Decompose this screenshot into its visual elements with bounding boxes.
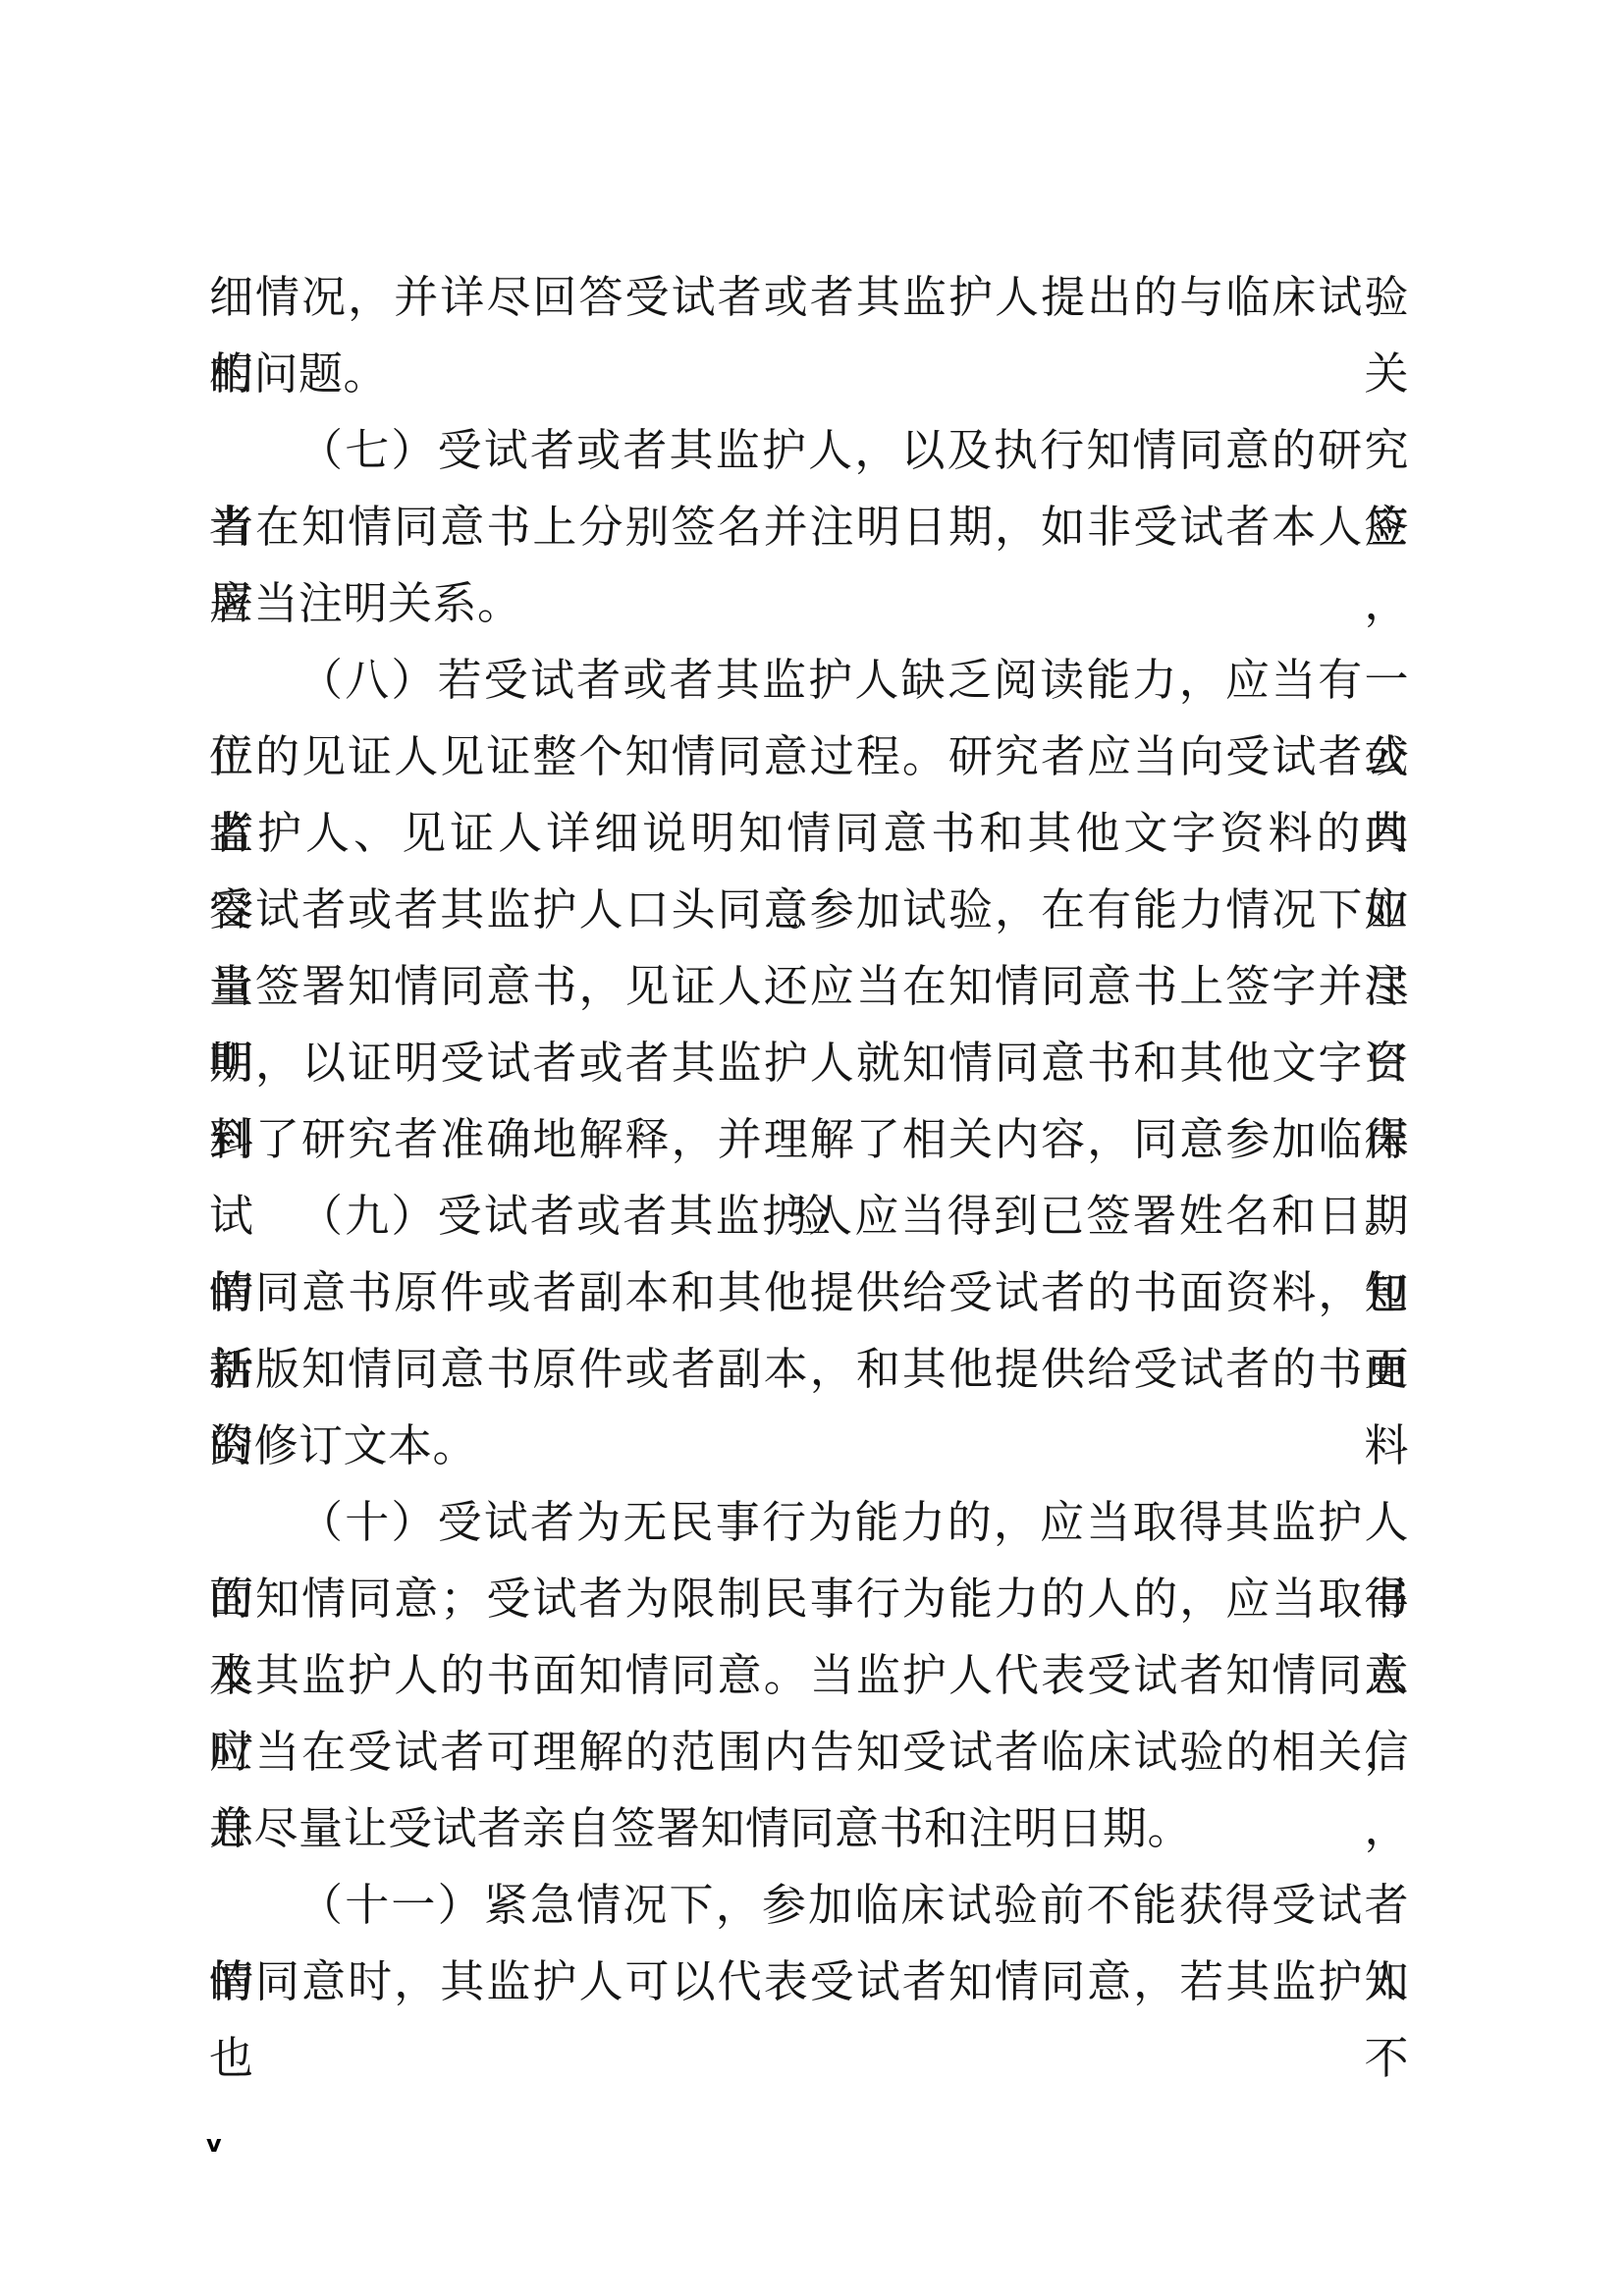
text-line-23: 情同意时，其监护人可以代表受试者知情同意，若其监护人也不 — [209, 1944, 1409, 2020]
text-line-17: （十）受试者为无民事行为能力的，应当取得其监护人的书 — [209, 1484, 1409, 1561]
text-line-12: 到了研究者准确地解释，并理解了相关内容，同意参加临床试验。 — [209, 1101, 1409, 1178]
text-line-11: 期，以证明受试者或者其监护人就知情同意书和其他文字资料得 — [209, 1025, 1409, 1101]
text-line-07: 正的见证人见证整个知情同意过程。研究者应当向受试者或者其 — [209, 719, 1409, 795]
text-line-18: 面知情同意；受试者为限制民事行为能力的人的，应当取得本人 — [209, 1561, 1409, 1637]
text-line-06: （八）若受试者或者其监护人缺乏阅读能力，应当有一位公 — [209, 642, 1409, 719]
document-page: 细情况，并详尽回答受试者或者其监护人提出的与临床试验相关 的问题。 （七）受试者… — [0, 0, 1624, 2296]
text-line-01: 细情况，并详尽回答受试者或者其监护人提出的与临床试验相关 — [209, 259, 1409, 336]
text-line-03: （七）受试者或者其监护人，以及执行知情同意的研究者应 — [209, 412, 1409, 489]
text-line-13: （九）受试者或者其监护人应当得到已签署姓名和日期的知 — [209, 1178, 1409, 1255]
text-line-19: 及其监护人的书面知情同意。当监护人代表受试者知情同意时， — [209, 1637, 1409, 1714]
text-line-09: 受试者或者其监护人口头同意参加试验，在有能力情况下应当尽 — [209, 872, 1409, 948]
text-line-15: 新版知情同意书原件或者副本，和其他提供给受试者的书面资料 — [209, 1331, 1409, 1408]
text-line-10: 量签署知情同意书，见证人还应当在知情同意书上签字并注明日 — [209, 948, 1409, 1025]
text-line-22: （十一）紧急情况下，参加临床试验前不能获得受试者的知 — [209, 1867, 1409, 1944]
text-line-08: 监护人、见证人详细说明知情同意书和其他文字资料的内容。如 — [209, 795, 1409, 872]
text-line-04: 当在知情同意书上分别签名并注明日期，如非受试者本人签署， — [209, 489, 1409, 565]
text-line-20: 应当在受试者可理解的范围内告知受试者临床试验的相关信息， — [209, 1714, 1409, 1790]
scan-artifact-mark: v — [206, 2132, 222, 2156]
document-text-block: 细情况，并详尽回答受试者或者其监护人提出的与临床试验相关 的问题。 （七）受试者… — [209, 259, 1409, 2020]
text-line-14: 情同意书原件或者副本和其他提供给受试者的书面资料，包括更 — [209, 1255, 1409, 1331]
